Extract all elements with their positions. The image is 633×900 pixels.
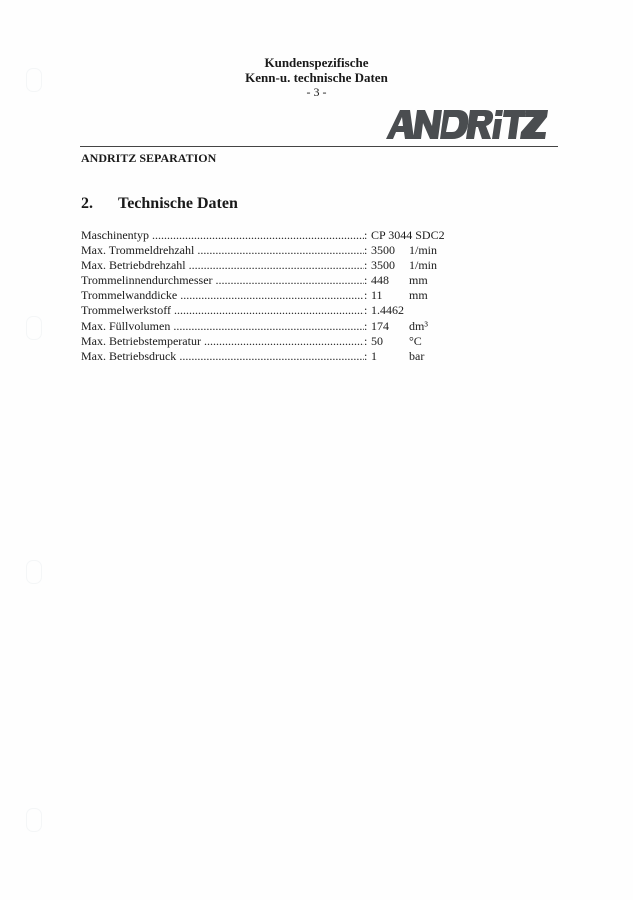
spec-separator: : xyxy=(364,243,370,258)
spec-value: 3500 xyxy=(371,258,395,273)
spec-separator: : xyxy=(364,303,370,318)
spec-separator: : xyxy=(364,228,370,243)
spec-unit: 1/min xyxy=(409,258,437,273)
spec-value: 11 xyxy=(371,288,383,303)
document-header: Kundenspezifische Kenn-u. technische Dat… xyxy=(0,55,633,100)
spec-separator: : xyxy=(364,349,370,364)
page-number: - 3 - xyxy=(0,85,633,100)
punch-hole-mark xyxy=(26,808,42,832)
spec-unit: mm xyxy=(409,273,428,288)
spec-label: Maschinentyp xyxy=(81,228,369,243)
spec-separator: : xyxy=(364,273,370,288)
section-heading: 2.Technische Daten xyxy=(81,195,238,213)
spec-label: Trommelwerkstoff xyxy=(81,303,369,318)
spec-label: Max. Betriebstemperatur xyxy=(81,334,369,349)
punch-hole-mark xyxy=(26,316,42,340)
spec-value: CP 3044 SDC2 xyxy=(371,228,445,243)
spec-unit: bar xyxy=(409,349,424,364)
spec-value: 448 xyxy=(371,273,389,288)
spec-separator: : xyxy=(364,258,370,273)
spec-value: 1 xyxy=(371,349,377,364)
spec-value: 1.4462 xyxy=(371,303,404,318)
spec-unit: dm³ xyxy=(409,319,428,334)
spec-unit: 1/min xyxy=(409,243,437,258)
spec-separator: : xyxy=(364,334,370,349)
spec-label: Max. Trommeldrehzahl xyxy=(81,243,369,258)
header-title-line2: Kenn-u. technische Daten xyxy=(0,70,633,85)
spec-value: 174 xyxy=(371,319,389,334)
spec-label: Max. Füllvolumen xyxy=(81,319,369,334)
spec-value: 50 xyxy=(371,334,383,349)
spec-unit: °C xyxy=(409,334,422,349)
punch-hole-mark xyxy=(26,560,42,584)
spec-label: Max. Betriebsdruck xyxy=(81,349,369,364)
company-name: ANDRITZ SEPARATION xyxy=(81,151,216,166)
andritz-logo xyxy=(386,108,548,140)
section-title: Technische Daten xyxy=(118,195,238,212)
header-title-line1: Kundenspezifische xyxy=(0,55,633,70)
spec-separator: : xyxy=(364,288,370,303)
document-page: Kundenspezifische Kenn-u. technische Dat… xyxy=(0,0,633,900)
spec-label: Trommelinnendurchmesser xyxy=(81,273,369,288)
spec-value: 3500 xyxy=(371,243,395,258)
spec-label: Max. Betriebdrehzahl xyxy=(81,258,369,273)
spec-label: Trommelwanddicke xyxy=(81,288,369,303)
section-number: 2. xyxy=(81,195,118,213)
spec-separator: : xyxy=(364,319,370,334)
spec-unit: mm xyxy=(409,288,428,303)
header-divider xyxy=(80,146,558,147)
